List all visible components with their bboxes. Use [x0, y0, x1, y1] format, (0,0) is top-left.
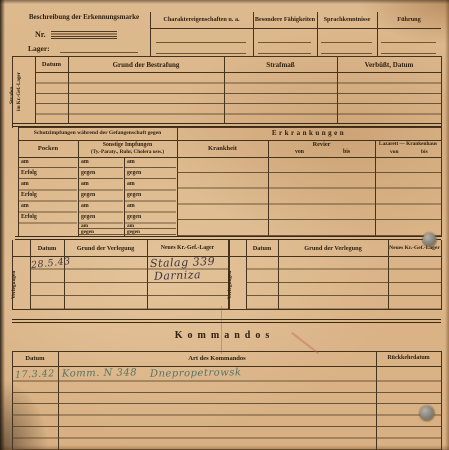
kommando-entry-nummer: Komm. N 348 — [62, 367, 137, 379]
kommandos-col-rueckkehr: Rückkehrdatum — [376, 355, 441, 361]
kommando-entry-ort: Dnepropetrowsk — [150, 367, 242, 380]
kommandos-title: Kommandos — [0, 330, 449, 341]
section-divider — [12, 319, 441, 323]
kommando-entry-datum: 17.3.42 — [15, 368, 55, 380]
rule — [441, 351, 442, 450]
punch-hole — [423, 233, 436, 246]
punch-hole — [420, 406, 434, 420]
kommandos-col-art: Art des Kommandos — [58, 355, 376, 362]
pow-record-card: Beschreibung der Erkennungsmarke Nr. Cha… — [0, 0, 449, 450]
kommandos-col-datum: Datum — [12, 355, 58, 362]
kommandos-rows — [12, 370, 441, 450]
paper-crease — [221, 306, 222, 354]
kommandos-section: Kommandos Datum Art des Kommandos Rückke… — [0, 0, 449, 450]
